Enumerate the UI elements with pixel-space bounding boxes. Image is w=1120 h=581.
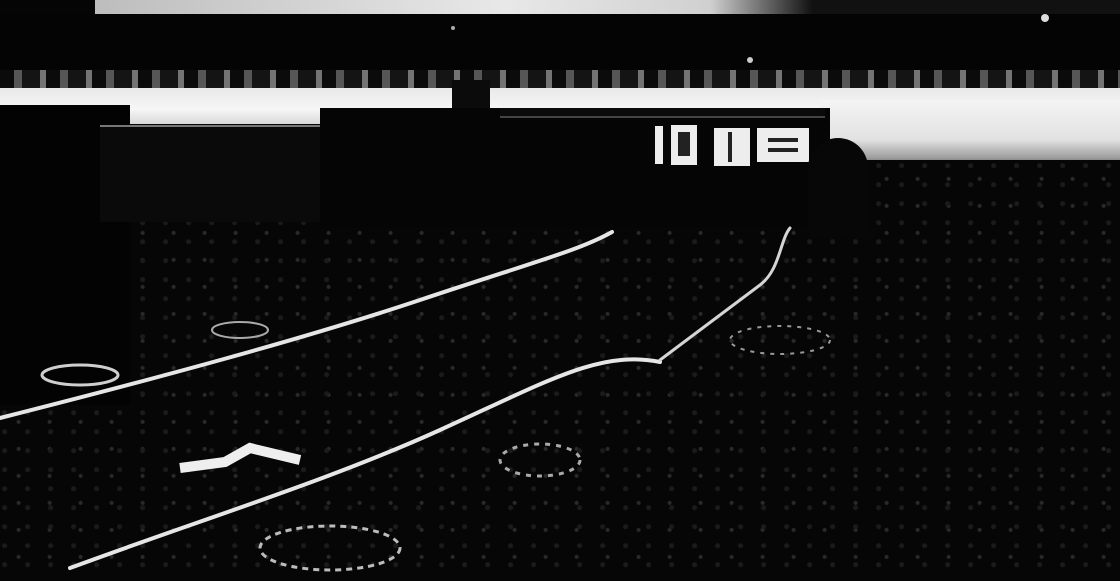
rail-tracks xyxy=(0,0,1120,581)
photograph xyxy=(0,0,1120,581)
